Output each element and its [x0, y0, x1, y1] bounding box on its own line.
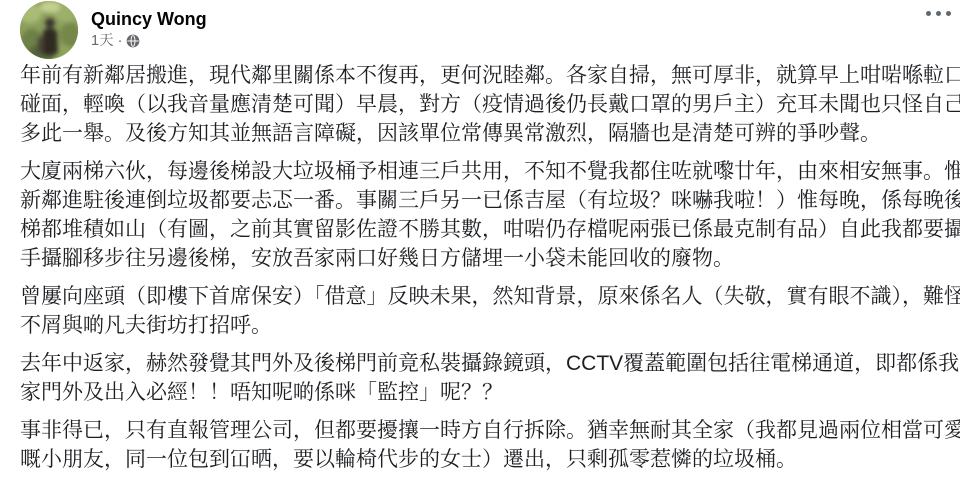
header-text: Quincy Wong 1天 · [91, 1, 207, 50]
globe-icon [126, 34, 140, 48]
meta-separator: · [118, 32, 123, 50]
post-text-line: 碰面，輕喚（以我音量應清楚可聞）早晨，對方（疫情過後仍長戴口罩的男戶主）充耳未聞… [20, 90, 960, 119]
post-paragraph: 曾屢向座頭（即樓下首席保安）「借意」反映未果，然知背景，原來係名人（失敬，實有眼… [20, 282, 960, 340]
post-header: Quincy Wong 1天 · [0, 0, 960, 59]
post-text-line: 家門外及出入必經！！唔知呢啲係咪「監控」呢？？ [20, 378, 960, 407]
facebook-post: Quincy Wong 1天 · 年前有新鄰居搬進，現代鄰里關係本不復再 [0, 0, 960, 483]
post-text-line: 手攝腳移步往另邊後梯，安放吾家兩口好幾日方儲埋一小袋未能回收的廢物。 [20, 244, 960, 273]
post-paragraph: 事非得已，只有直報管理公司，但都要擾攘一時方自行拆除。猶幸無耐其全家（我都見過兩… [20, 416, 960, 474]
post-text-line: 新鄰進駐後連倒垃圾都要忐忑一番。事關三戶另一已係吉屋（有垃圾？咪嚇我啦！）惟每晚… [20, 186, 960, 215]
post-text-line: 大廈兩梯六伙，每邊後梯設大垃圾桶予相連三戶共用，不知不覺我都住咗就嚟廿年，由來相… [20, 157, 960, 186]
post-text-line: 事非得已，只有直報管理公司，但都要擾攘一時方自行拆除。猶幸無耐其全家（我都見過兩… [20, 416, 960, 445]
post-text-line: 不屑與啲凡夫街坊打招呼。 [20, 311, 960, 340]
more-options-button[interactable] [920, 3, 957, 24]
author-name[interactable]: Quincy Wong [91, 8, 207, 30]
ellipsis-icon [926, 11, 931, 16]
post-body-text: 年前有新鄰居搬進，現代鄰里關係本不復再，更何況睦鄰。各家自掃，無可厚非，就算早上… [0, 59, 960, 483]
ellipsis-icon [946, 11, 951, 16]
post-text-line: 嘅小朋友，同一位包到冚晒，要以輪椅代步的女士）遷出，只剩孤零惹憐的垃圾桶。 [20, 445, 960, 474]
post-text-line: 去年中返家，赫然發覺其門外及後梯門前竟私裝攝錄鏡頭，CCTV覆蓋範圍包括往電梯通… [20, 349, 960, 378]
avatar[interactable] [20, 1, 78, 59]
post-paragraph: 年前有新鄰居搬進，現代鄰里關係本不復再，更何況睦鄰。各家自掃，無可厚非，就算早上… [20, 61, 960, 148]
post-paragraph: 去年中返家，赫然發覺其門外及後梯門前竟私裝攝錄鏡頭，CCTV覆蓋範圍包括往電梯通… [20, 349, 960, 407]
post-meta: 1天 · [91, 32, 207, 50]
ellipsis-icon [936, 11, 941, 16]
avatar-photo [20, 1, 78, 59]
post-text-line: 年前有新鄰居搬進，現代鄰里關係本不復再，更何況睦鄰。各家自掃，無可厚非，就算早上… [20, 61, 960, 90]
timestamp[interactable]: 1天 [91, 32, 114, 50]
post-paragraph: 大廈兩梯六伙，每邊後梯設大垃圾桶予相連三戶共用，不知不覺我都住咗就嚟廿年，由來相… [20, 157, 960, 273]
post-text-line: 曾屢向座頭（即樓下首席保安）「借意」反映未果，然知背景，原來係名人（失敬，實有眼… [20, 282, 960, 311]
post-text-line: 多此一舉。及後方知其並無語言障礙，因該單位常傳異常激烈，隔牆也是清楚可辨的爭吵聲… [20, 119, 960, 148]
post-text-line: 梯都堆積如山（有圖，之前其實留影佐證不勝其數，咁啱仍存檔呢兩張已係最克制有品）自… [20, 215, 960, 244]
